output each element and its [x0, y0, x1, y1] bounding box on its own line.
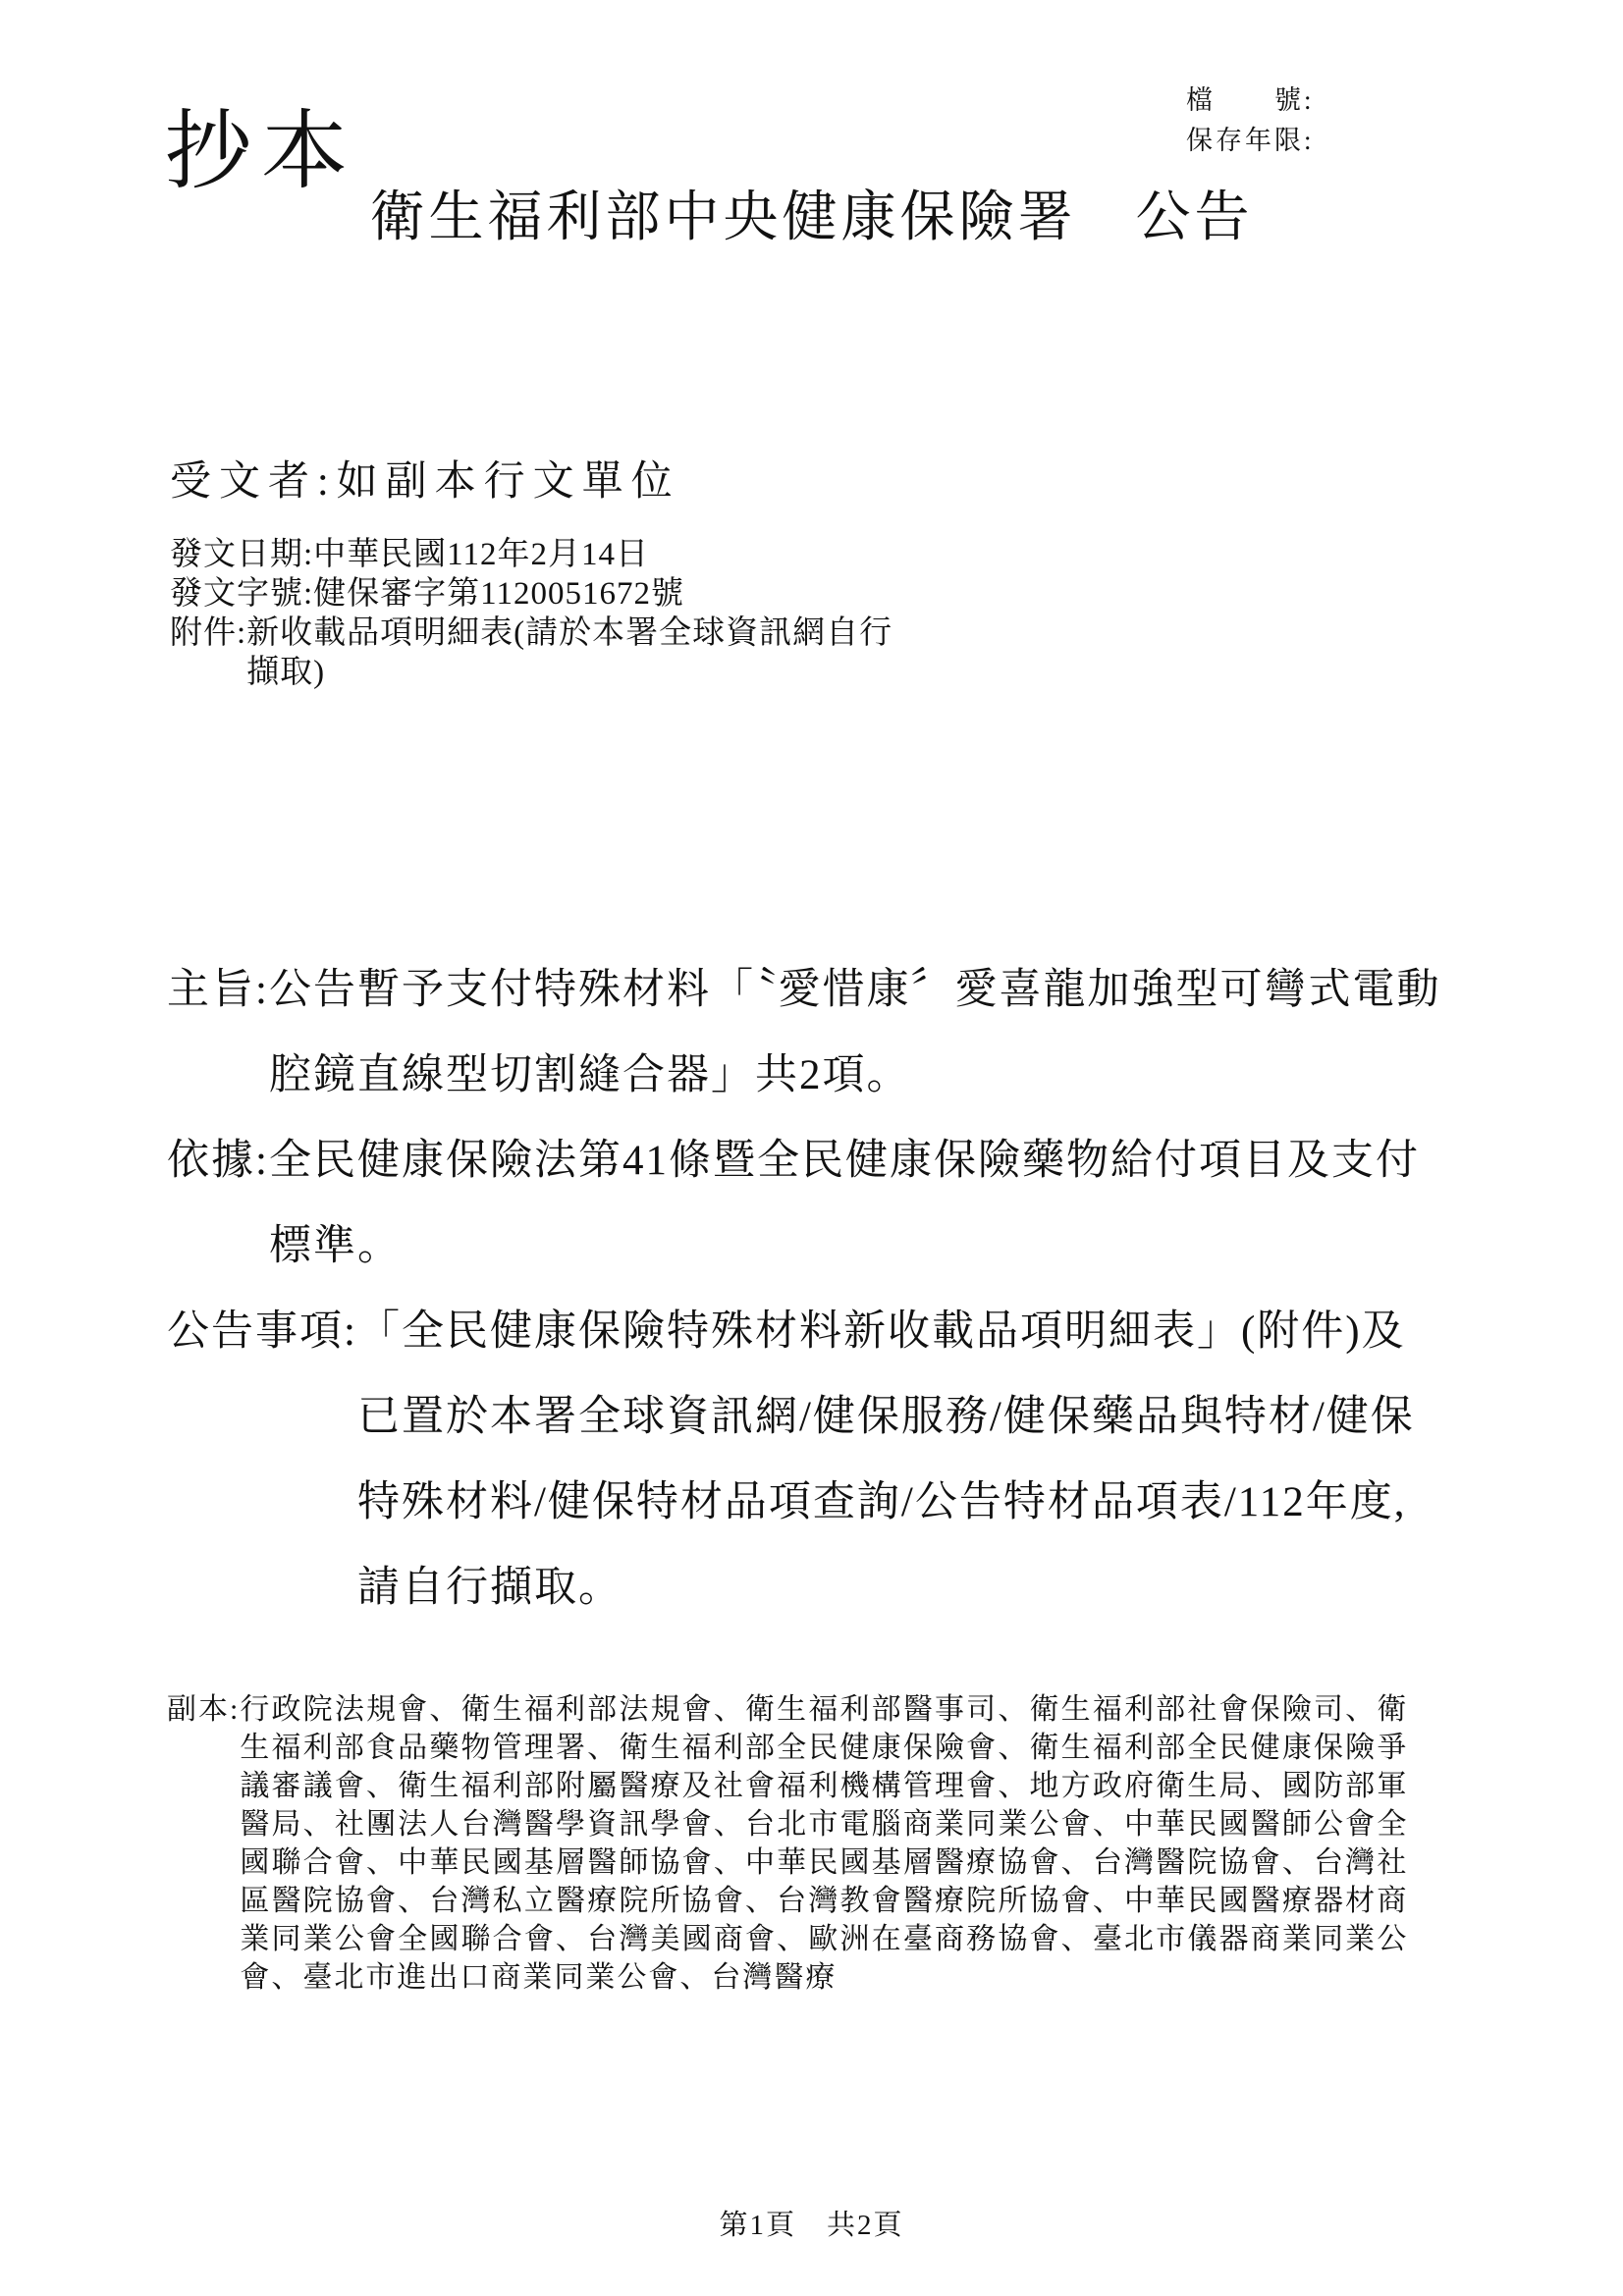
retention-period-label: 保存年限:: [1186, 121, 1315, 161]
document-meta: 發文日期: 中華民國112年2月14日 發文字號: 健保審字第112005167…: [170, 535, 991, 692]
document-page: 抄本 檔 號: 保存年限: 衛生福利部中央健康保險署 公告 受文者:如副本行文單…: [0, 0, 1623, 2296]
announcement-items-clause: 公告事項: 「全民健康保險特殊材料新收載品項明細表」(附件)及已置於本署全球資訊…: [167, 1289, 1449, 1630]
copy-stamp-label: 抄本: [165, 110, 357, 196]
cc-label: 副本:: [167, 1690, 240, 1729]
page-number-indicator: 第1頁 共2頁: [0, 2203, 1623, 2243]
attachment-label: 附件:: [170, 614, 246, 653]
subject-clause: 主旨: 公告暫予支付特殊材料「〝愛惜康〞愛喜龍加強型可彎式電動腔鏡直線型切割縫合…: [167, 947, 1449, 1118]
issue-date-row: 發文日期: 中華民國112年2月14日: [170, 535, 991, 574]
legal-basis-clause: 依據: 全民健康保險法第41條暨全民健康保險藥物給付項目及支付標準。: [167, 1118, 1449, 1289]
issue-date-value: 中華民國112年2月14日: [313, 535, 991, 574]
subject-label: 主旨:: [167, 947, 269, 1033]
legal-basis-text: 全民健康保險法第41條暨全民健康保險藥物給付項目及支付標準。: [269, 1118, 1449, 1289]
document-body: 主旨: 公告暫予支付特殊材料「〝愛惜康〞愛喜龍加強型可彎式電動腔鏡直線型切割縫合…: [167, 947, 1449, 1630]
cc-recipient-list: 行政院法規會、衛生福利部法規會、衛生福利部醫事司、衛生福利部社會保險司、衛生福利…: [240, 1690, 1408, 1997]
subject-text: 公告暫予支付特殊材料「〝愛惜康〞愛喜龍加強型可彎式電動腔鏡直線型切割縫合器」共2…: [269, 947, 1449, 1118]
announcement-items-text: 「全民健康保險特殊材料新收載品項明細表」(附件)及已置於本署全球資訊網/健保服務…: [357, 1289, 1449, 1630]
recipient-line: 受文者:如副本行文單位: [170, 458, 680, 506]
file-header: 檔 號: 保存年限:: [1186, 80, 1315, 161]
document-title: 衛生福利部中央健康保險署 公告: [0, 185, 1623, 251]
doc-number-value: 健保審字第1120051672號: [313, 574, 991, 614]
legal-basis-label: 依據:: [167, 1118, 269, 1203]
attachment-value: 新收載品項明細表(請於本署全球資訊網自行擷取): [246, 614, 924, 692]
file-number-label: 檔 號:: [1186, 80, 1315, 121]
attachment-row: 附件: 新收載品項明細表(請於本署全球資訊網自行擷取): [170, 614, 991, 692]
doc-number-label: 發文字號:: [170, 574, 313, 614]
recipient-label: 受文者:: [170, 459, 337, 505]
announcement-items-label: 公告事項:: [167, 1289, 357, 1374]
doc-number-row: 發文字號: 健保審字第1120051672號: [170, 574, 991, 614]
issue-date-label: 發文日期:: [170, 535, 313, 574]
cc-section: 副本: 行政院法規會、衛生福利部法規會、衛生福利部醫事司、衛生福利部社會保險司、…: [167, 1690, 1434, 1997]
recipient-value: 如副本行文單位: [337, 459, 680, 505]
